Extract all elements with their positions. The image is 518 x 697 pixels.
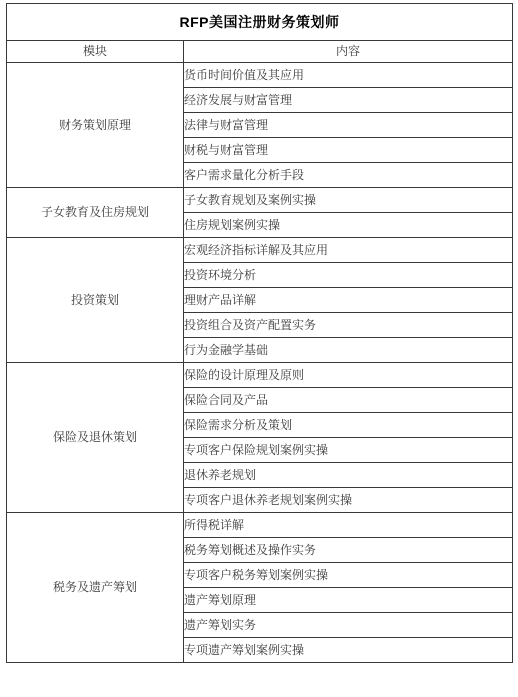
rfp-course-table: RFP美国注册财务策划师 模块 内容 财务策划原理货币时间价值及其应用经济发展与… <box>6 3 513 663</box>
content-cell: 退休养老规划 <box>184 463 513 488</box>
table-row: 财务策划原理货币时间价值及其应用 <box>7 63 513 88</box>
content-cell: 专项客户退休养老规划案例实操 <box>184 488 513 513</box>
module-cell: 子女教育及住房规划 <box>7 188 184 238</box>
content-cell: 子女教育规划及案例实操 <box>184 188 513 213</box>
content-cell: 住房规划案例实操 <box>184 213 513 238</box>
content-cell: 保险需求分析及策划 <box>184 413 513 438</box>
content-cell: 投资环境分析 <box>184 263 513 288</box>
table-body: 财务策划原理货币时间价值及其应用经济发展与财富管理法律与财富管理财税与财富管理客… <box>7 63 513 663</box>
content-cell: 遗产筹划实务 <box>184 613 513 638</box>
content-cell: 客户需求量化分析手段 <box>184 163 513 188</box>
content-cell: 行为金融学基础 <box>184 338 513 363</box>
column-header-module: 模块 <box>7 41 184 63</box>
table-title: RFP美国注册财务策划师 <box>7 4 513 41</box>
table-row: 投资策划宏观经济指标详解及其应用 <box>7 238 513 263</box>
content-cell: 经济发展与财富管理 <box>184 88 513 113</box>
table-row: 保险及退休策划保险的设计原理及原则 <box>7 363 513 388</box>
module-cell: 财务策划原理 <box>7 63 184 188</box>
title-row: RFP美国注册财务策划师 <box>7 4 513 41</box>
content-cell: 保险的设计原理及原则 <box>184 363 513 388</box>
content-cell: 财税与财富管理 <box>184 138 513 163</box>
content-cell: 宏观经济指标详解及其应用 <box>184 238 513 263</box>
module-cell: 保险及退休策划 <box>7 363 184 513</box>
content-cell: 税务筹划概述及操作实务 <box>184 538 513 563</box>
column-header-row: 模块 内容 <box>7 41 513 63</box>
column-header-content: 内容 <box>184 41 513 63</box>
module-cell: 投资策划 <box>7 238 184 363</box>
content-cell: 法律与财富管理 <box>184 113 513 138</box>
content-cell: 投资组合及资产配置实务 <box>184 313 513 338</box>
table-row: 税务及遗产筹划所得税详解 <box>7 513 513 538</box>
content-cell: 保险合同及产品 <box>184 388 513 413</box>
table-head: RFP美国注册财务策划师 模块 内容 <box>7 4 513 63</box>
content-cell: 遗产筹划原理 <box>184 588 513 613</box>
content-cell: 货币时间价值及其应用 <box>184 63 513 88</box>
table-row: 子女教育及住房规划子女教育规划及案例实操 <box>7 188 513 213</box>
content-cell: 专项客户保险规划案例实操 <box>184 438 513 463</box>
content-cell: 所得税详解 <box>184 513 513 538</box>
page: RFP美国注册财务策划师 模块 内容 财务策划原理货币时间价值及其应用经济发展与… <box>0 3 518 697</box>
content-cell: 专项客户税务筹划案例实操 <box>184 563 513 588</box>
content-cell: 理财产品详解 <box>184 288 513 313</box>
module-cell: 税务及遗产筹划 <box>7 513 184 663</box>
content-cell: 专项遗产筹划案例实操 <box>184 638 513 663</box>
